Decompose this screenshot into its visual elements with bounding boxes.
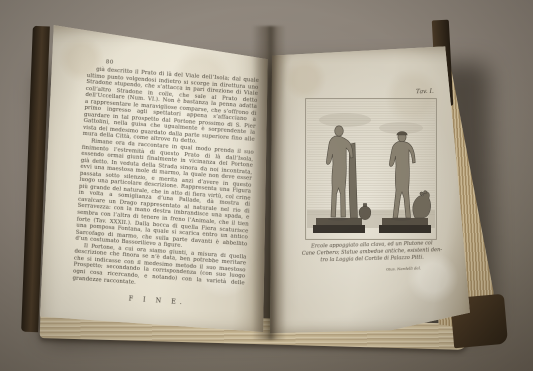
right-page: Tav. I. — [268, 44, 474, 336]
left-page-text: 80 già descritto il Prato di là del Vial… — [71, 58, 259, 310]
engraving-plate — [305, 98, 437, 240]
photo-scene: 80 già descritto il Prato di là del Vial… — [0, 0, 533, 371]
paragraph-2: Rimane ora da raccontare in qual modo pr… — [75, 138, 254, 254]
plate-label: Tav. I. — [416, 88, 434, 96]
engraving-svg — [305, 98, 437, 240]
paragraph-1: già descritto il Prato di là del Viale d… — [82, 66, 259, 150]
plate-caption: Ercole appoggiato alla clava, ed un Plut… — [294, 240, 450, 265]
left-page: 80 già descritto il Prato di là del Vial… — [40, 22, 270, 332]
fine-label: F I N E. — [71, 290, 243, 310]
engraver-credit: Gius. Nardelli del. — [386, 265, 421, 271]
